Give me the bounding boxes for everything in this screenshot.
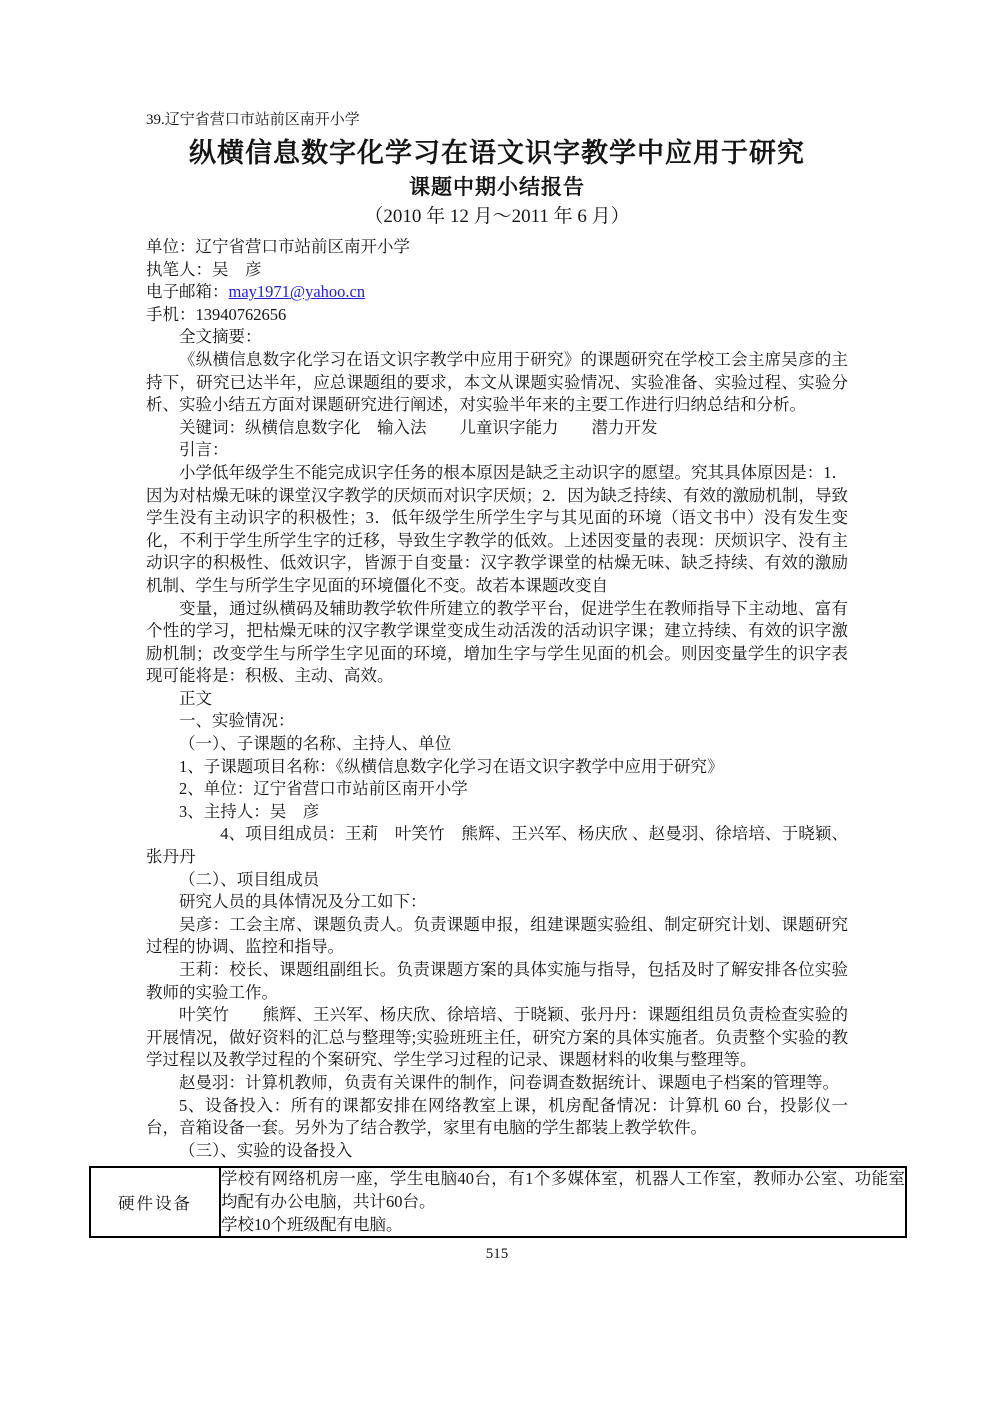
subsection-3-heading: （三）、实验的设备投入 <box>146 1140 848 1163</box>
intro-paragraph-1: 小学低年级学生不能完成识字任务的根本原因是缺乏主动识字的愿望。究其具体原因是：1… <box>146 462 848 598</box>
staff-intro-line: 研究人员的具体情况及分工如下： <box>146 891 848 914</box>
meta-phone: 手机：13940762656 <box>146 304 848 327</box>
school-header: 39.辽宁省营口市站前区南开小学 <box>146 110 848 131</box>
staff-wuyan-paragraph: 吴彦：工会主席、课题负责人。负责课题申报，组建课题实验组、制定研究计划、课题研究… <box>146 914 848 959</box>
main-body-label: 正文 <box>146 688 848 711</box>
meta-author: 执笔人：吴 彦 <box>146 259 848 282</box>
members-line: 4、项目组成员：王莉 叶笑竹 熊辉、王兴军、杨庆欣 、赵曼羽、徐培培、于晓颖、张… <box>146 823 848 868</box>
email-label: 电子邮箱： <box>146 282 229 301</box>
staff-wangli-paragraph: 王莉：校长、课题组副组长。负责课题方案的具体实施与指导，包括及时了解安排各位实验… <box>146 959 848 1004</box>
section-1-heading: 一、实验情况： <box>146 710 848 733</box>
subsection-1-heading: （一）、子课题的名称、主持人、单位 <box>146 733 848 756</box>
page-number: 515 <box>146 1244 848 1265</box>
equipment-line-2: 学校10个班级配有电脑。 <box>221 1214 905 1237</box>
unit-line: 2、单位：辽宁省营口市站前区南开小学 <box>146 778 848 801</box>
equipment-content-cell: 学校有网络机房一座，学生电脑40台，有1个多媒体室，机器人工作室，教师办公室、功… <box>220 1167 906 1237</box>
subsection-2-heading: （二）、项目组成员 <box>146 869 848 892</box>
report-period: （2010 年 12 月～2011 年 6 月） <box>146 203 848 230</box>
staff-zhaomanyu-paragraph: 赵曼羽：计算机教师，负责有关课件的制作，问卷调查数据统计、课题电子档案的管理等。 <box>146 1072 848 1095</box>
intro-label: 引言： <box>146 439 848 462</box>
intro-paragraph-2: 变量，通过纵横码及辅助教学软件所建立的教学平台，促进学生在教师指导下主动地、富有… <box>146 598 848 688</box>
equipment-label-cell: 硬件设备 <box>90 1167 220 1237</box>
document-title: 纵横信息数字化学习在语文识字教学中应用于研究 <box>146 136 848 171</box>
abstract-paragraph: 《纵横信息数字化学习在语文识字教学中应用于研究》的课题研究在学校工会主席吴彦的主… <box>146 349 848 417</box>
equipment-line-1: 学校有网络机房一座，学生电脑40台，有1个多媒体室，机器人工作室，教师办公室、功… <box>221 1168 905 1213</box>
body-text: 全文摘要： 《纵横信息数字化学习在语文识字教学中应用于研究》的课题研究在学校工会… <box>146 326 848 1162</box>
equipment-table: 硬件设备 学校有网络机房一座，学生电脑40台，有1个多媒体室，机器人工作室，教师… <box>89 1166 907 1238</box>
email-link[interactable]: may1971@yahoo.cn <box>229 282 366 301</box>
keywords-line: 关键词：纵横信息数字化 输入法 儿童识字能力 潜力开发 <box>146 417 848 440</box>
meta-block: 单位：辽宁省营口市站前区南开小学 执笔人：吴 彦 电子邮箱：may1971@ya… <box>146 236 848 326</box>
meta-unit: 单位：辽宁省营口市站前区南开小学 <box>146 236 848 259</box>
abstract-label: 全文摘要： <box>146 326 848 349</box>
page-content: 39.辽宁省营口市站前区南开小学 纵横信息数字化学习在语文识字教学中应用于研究 … <box>146 110 848 1265</box>
leader-line: 3、主持人：吴 彦 <box>146 801 848 824</box>
meta-email: 电子邮箱：may1971@yahoo.cn <box>146 281 848 304</box>
subtopic-name-line: 1、子课题项目名称：《纵横信息数字化学习在语文识字教学中应用于研究》 <box>146 756 848 779</box>
staff-members-paragraph: 叶笑竹 熊辉、王兴军、杨庆欣、徐培培、于晓颖、张丹丹：课题组组员负责检查实验的开… <box>146 1004 848 1072</box>
equipment-investment-paragraph: 5、设备投入：所有的课都安排在网络教室上课，机房配备情况：计算机 60 台，投影… <box>146 1095 848 1140</box>
equipment-row: 硬件设备 学校有网络机房一座，学生电脑40台，有1个多媒体室，机器人工作室，教师… <box>90 1167 906 1237</box>
report-subtitle: 课题中期小结报告 <box>146 173 848 202</box>
document-page: 39.辽宁省营口市站前区南开小学 纵横信息数字化学习在语文识字教学中应用于研究 … <box>0 0 992 1403</box>
